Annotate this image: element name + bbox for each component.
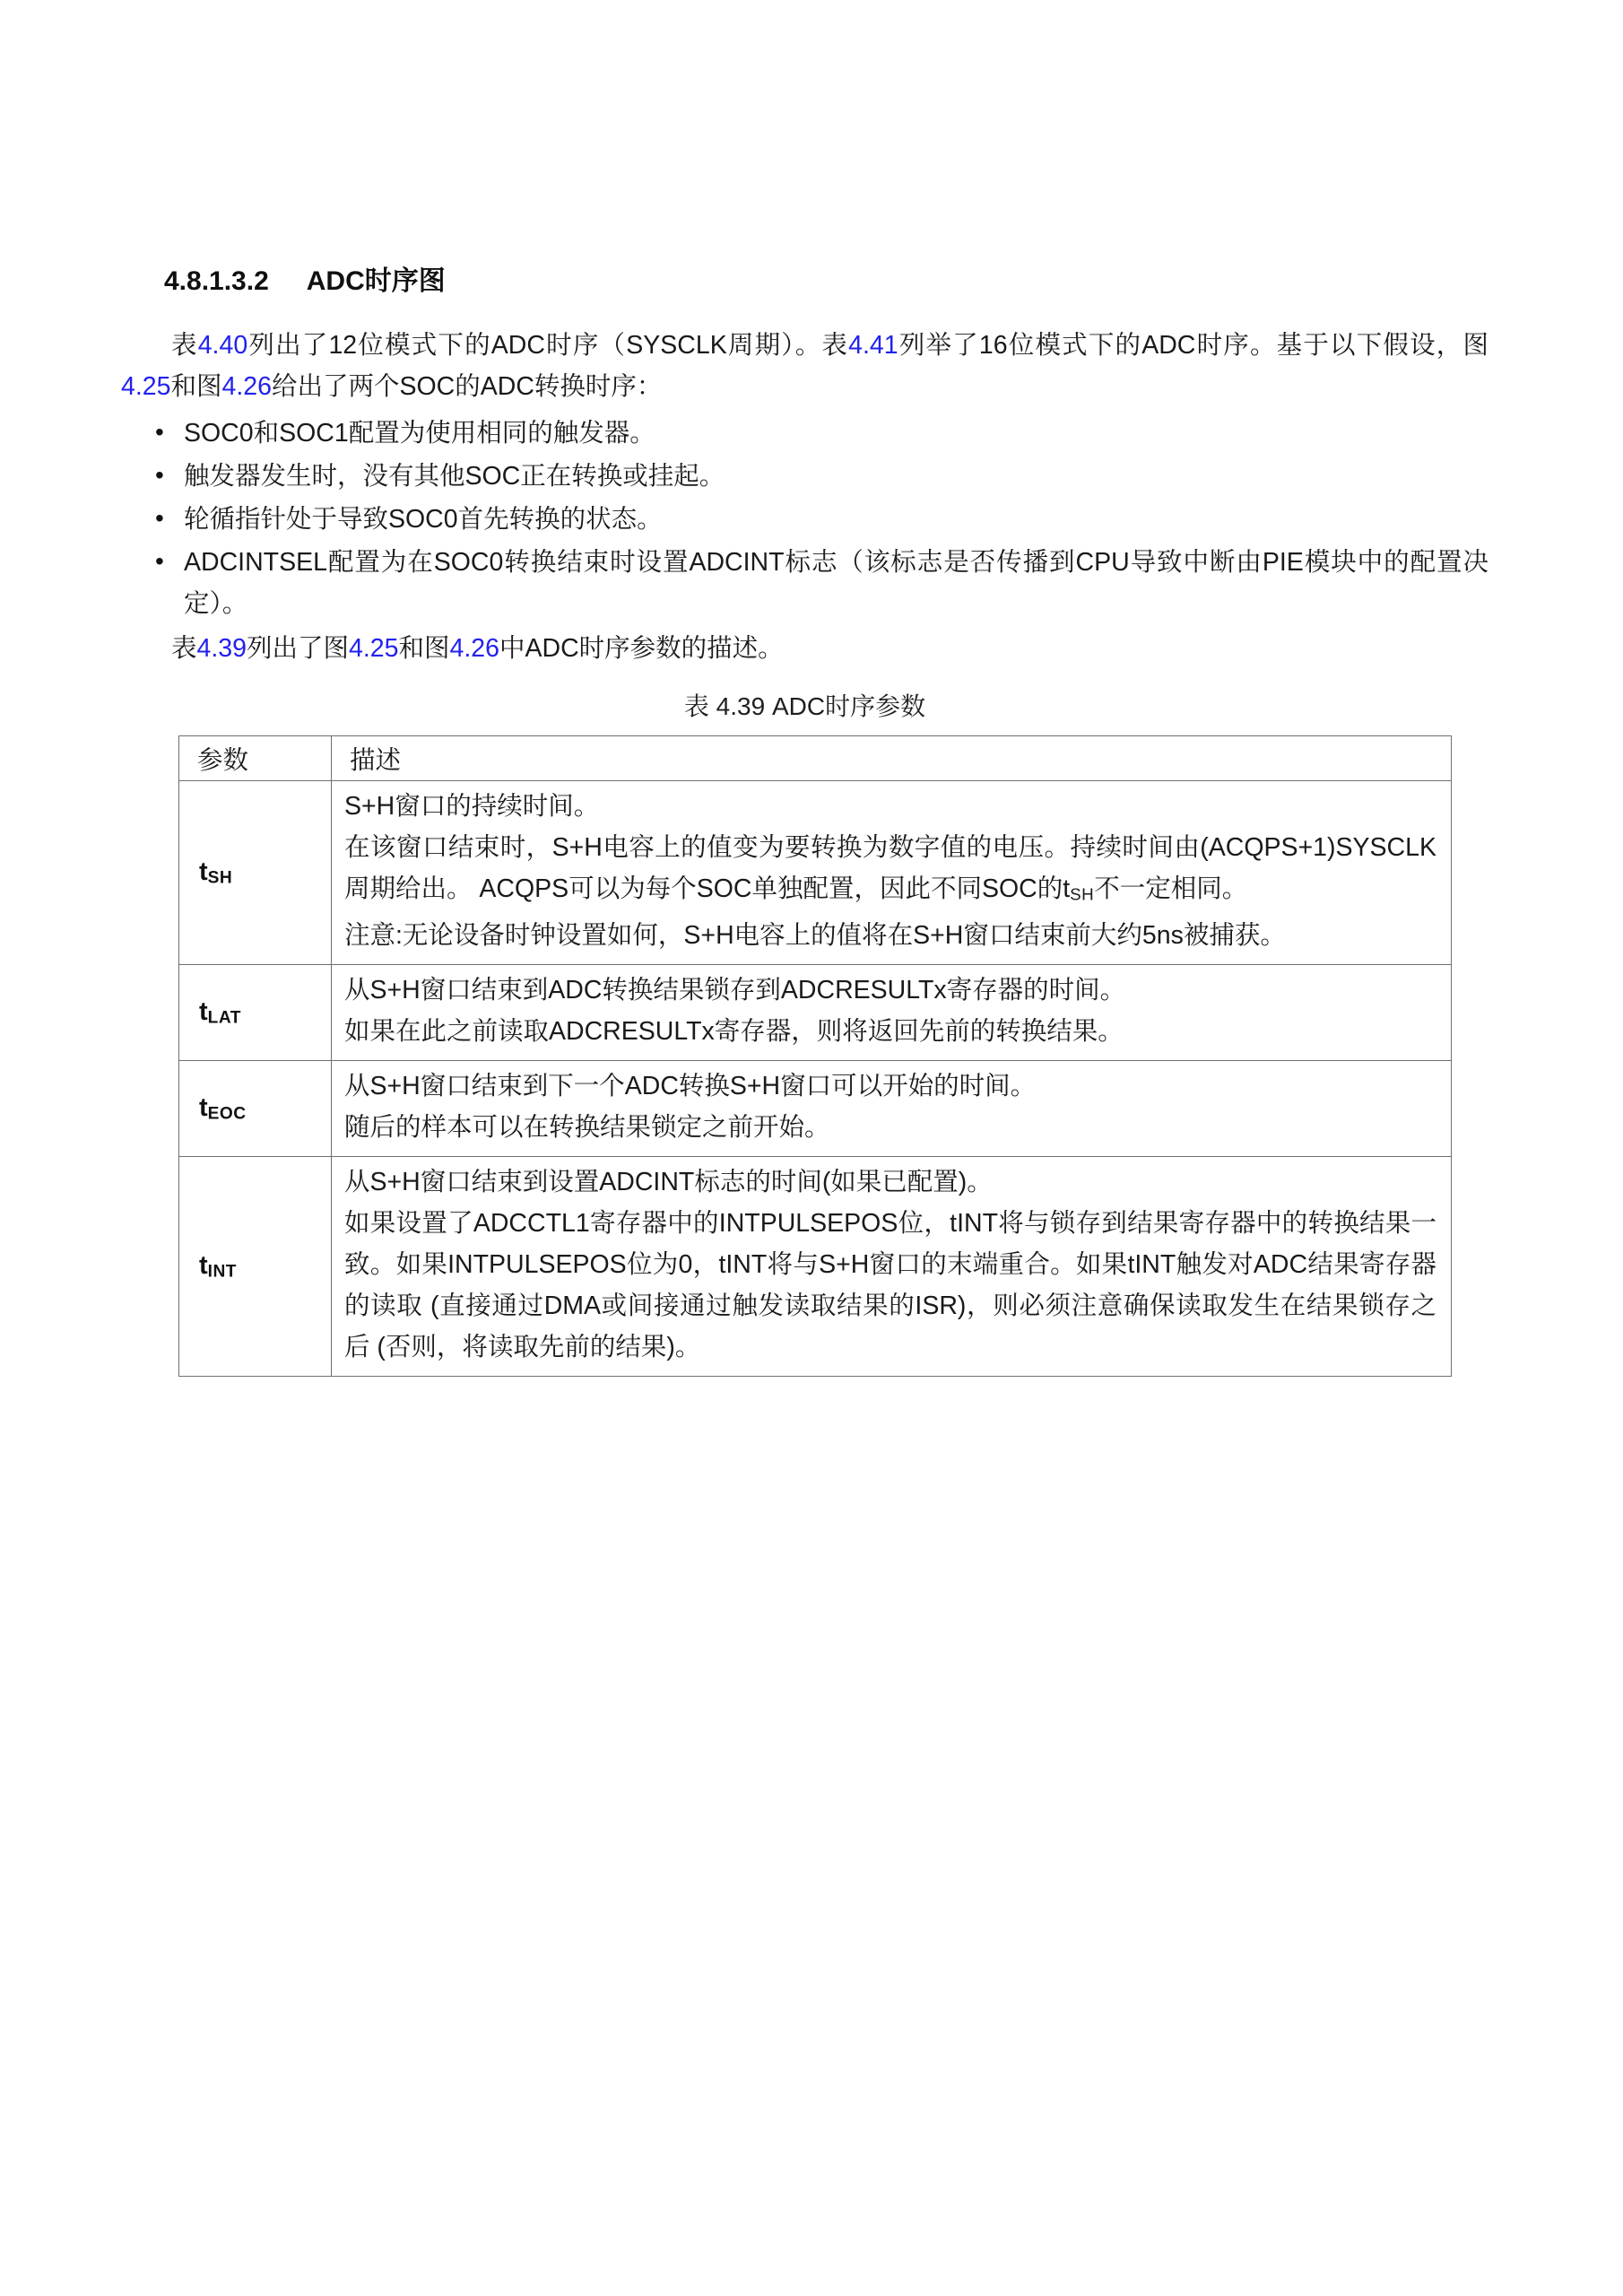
section-number: 4.8.1.3.2 [164,266,269,296]
text-run: 从S+H窗口结束到下一个ADC转换S+H窗口可以开始的时间。 [344,1072,1036,1100]
param-cell: tSH [179,781,332,965]
text-run: t [199,1093,208,1122]
text-run: 随后的样本可以在转换结果锁定之前开始。 [344,1113,830,1142]
text-run: 给出了两个SOC的ADC转换时序： [272,372,662,401]
text-run: t [199,857,208,886]
desc-paragraph: 从S+H窗口结束到ADC转换结果锁存到ADCRESULTx寄存器的时间。 [344,970,1436,1011]
text-run: 列出了图 [247,634,349,663]
desc-paragraph: 在该窗口结束时，S+H电容上的值变为要转换为数字值的电压。持续时间由(ACQPS… [344,827,1436,915]
param-cell: tINT [179,1157,332,1377]
desc-cell: S+H窗口的持续时间。在该窗口结束时，S+H电容上的值变为要转换为数字值的电压。… [332,781,1452,965]
page-content: 4.8.1.3.2ADC时序图 表4.40列出了12位模式下的ADC时序（SYS… [0,0,1623,1377]
assumption-item: ADCINTSEL配置为在SOC0转换结束时设置ADCINT标志（该标志是否传播… [121,542,1488,624]
desc-cell: 从S+H窗口结束到下一个ADC转换S+H窗口可以开始的时间。随后的样本可以在转换… [332,1061,1452,1157]
text-run: 不一定相同。 [1094,874,1247,903]
text-run: t [199,997,208,1026]
subscript-text: INT [208,1263,237,1282]
text-run: 如果在此之前读取ADCRESULTx寄存器，则将返回先前的转换结果。 [344,1017,1124,1046]
text-run: 中ADC时序参数的描述。 [499,634,784,663]
text-run: 和图 [170,372,221,401]
assumption-item: 触发器发生时，没有其他SOC正在转换或挂起。 [121,456,1488,497]
table-row: tINT从S+H窗口结束到设置ADCINT标志的时间(如果已配置)。如果设置了A… [179,1157,1452,1377]
subscript-text: SH [208,868,233,887]
intro-paragraph: 表4.40列出了12位模式下的ADC时序（SYSCLK周期）。表4.41列举了1… [121,325,1488,407]
table-row: tEOC从S+H窗口结束到下一个ADC转换S+H窗口可以开始的时间。随后的样本可… [179,1061,1452,1157]
section-heading: 4.8.1.3.2ADC时序图 [164,265,1488,298]
text-run: 从S+H窗口结束到ADC转换结果锁存到ADCRESULTx寄存器的时间。 [344,976,1125,1004]
cross-reference-link[interactable]: 4.25 [349,634,398,663]
desc-paragraph: 如果在此之前读取ADCRESULTx寄存器，则将返回先前的转换结果。 [344,1011,1436,1052]
text-run: 列举了16位模式下的ADC时序。基于以下假设，图 [898,331,1488,360]
header-row: 参数 描述 [179,736,1452,781]
cross-reference-link[interactable]: 4.26 [222,372,272,401]
adc-timing-table: 参数 描述 tSHS+H窗口的持续时间。在该窗口结束时，S+H电容上的值变为要转… [178,735,1452,1377]
desc-cell: 从S+H窗口结束到设置ADCINT标志的时间(如果已配置)。如果设置了ADCCT… [332,1157,1452,1377]
cross-reference-link[interactable]: 4.39 [197,634,247,663]
text-run: 如果设置了ADCCTL1寄存器中的INTPULSEPOS位，tINT将与锁存到结… [344,1209,1436,1361]
table-body: tSHS+H窗口的持续时间。在该窗口结束时，S+H电容上的值变为要转换为数字值的… [179,781,1452,1377]
text-run: SOC0和SOC1配置为使用相同的触发器。 [184,419,655,448]
desc-paragraph: 随后的样本可以在转换结果锁定之前开始。 [344,1107,1436,1148]
text-run: 列出了12位模式下的ADC时序（SYSCLK周期）。表 [247,331,848,360]
text-run: 注意:无论设备时钟设置如何，S+H电容上的值将在S+H窗口结束前大约5ns被捕获… [344,921,1286,950]
text-run: 在该窗口结束时，S+H电容上的值变为要转换为数字值的电压。持续时间由(ACQPS… [344,833,1436,903]
desc-paragraph: 注意:无论设备时钟设置如何，S+H电容上的值将在S+H窗口结束前大约5ns被捕获… [344,915,1436,956]
desc-paragraph: 从S+H窗口结束到设置ADCINT标志的时间(如果已配置)。 [344,1161,1436,1203]
subscript-text: LAT [208,1009,241,1028]
desc-paragraph: 从S+H窗口结束到下一个ADC转换S+H窗口可以开始的时间。 [344,1065,1436,1107]
desc-cell: 从S+H窗口结束到ADC转换结果锁存到ADCRESULTx寄存器的时间。如果在此… [332,965,1452,1061]
table-head: 参数 描述 [179,736,1452,781]
desc-paragraph: 如果设置了ADCCTL1寄存器中的INTPULSEPOS位，tINT将与锁存到结… [344,1203,1436,1368]
text-run: t [199,1251,208,1280]
text-run: 表 [171,634,197,663]
param-header: 参数 [179,736,332,781]
cross-reference-link[interactable]: 4.41 [848,331,898,360]
table-row: tLAT从S+H窗口结束到ADC转换结果锁存到ADCRESULTx寄存器的时间。… [179,965,1452,1061]
assumption-item: SOC0和SOC1配置为使用相同的触发器。 [121,413,1488,454]
subscript-text: SH [1070,884,1094,903]
desc-paragraph: S+H窗口的持续时间。 [344,786,1436,827]
document-page: 4.8.1.3.2ADC时序图 表4.40列出了12位模式下的ADC时序（SYS… [0,0,1623,2296]
text-run: 从S+H窗口结束到设置ADCINT标志的时间(如果已配置)。 [344,1168,993,1196]
desc-header: 描述 [332,736,1452,781]
table-row: tSHS+H窗口的持续时间。在该窗口结束时，S+H电容上的值变为要转换为数字值的… [179,781,1452,965]
assumption-list: SOC0和SOC1配置为使用相同的触发器。触发器发生时，没有其他SOC正在转换或… [121,413,1488,624]
cross-reference-link[interactable]: 4.25 [121,372,170,401]
text-run: 和图 [399,634,450,663]
cross-reference-link[interactable]: 4.26 [450,634,499,663]
text-run: S+H窗口的持续时间。 [344,792,599,821]
text-run: 轮循指针处于导致SOC0首先转换的状态。 [184,505,663,534]
text-run: 触发器发生时，没有其他SOC正在转换或挂起。 [184,462,725,491]
text-run: 表 [171,331,198,360]
text-run: ADCINTSEL配置为在SOC0转换结束时设置ADCINT标志（该标志是否传播… [184,548,1488,618]
param-cell: tLAT [179,965,332,1061]
param-cell: tEOC [179,1061,332,1157]
table-caption: 表 4.39 ADC时序参数 [121,687,1488,723]
cross-reference-link[interactable]: 4.40 [198,331,247,360]
assumption-item: 轮循指针处于导致SOC0首先转换的状态。 [121,499,1488,540]
table-ref-paragraph: 表4.39列出了图4.25和图4.26中ADC时序参数的描述。 [121,628,1488,669]
section-title: ADC时序图 [307,266,446,296]
subscript-text: EOC [208,1105,247,1124]
